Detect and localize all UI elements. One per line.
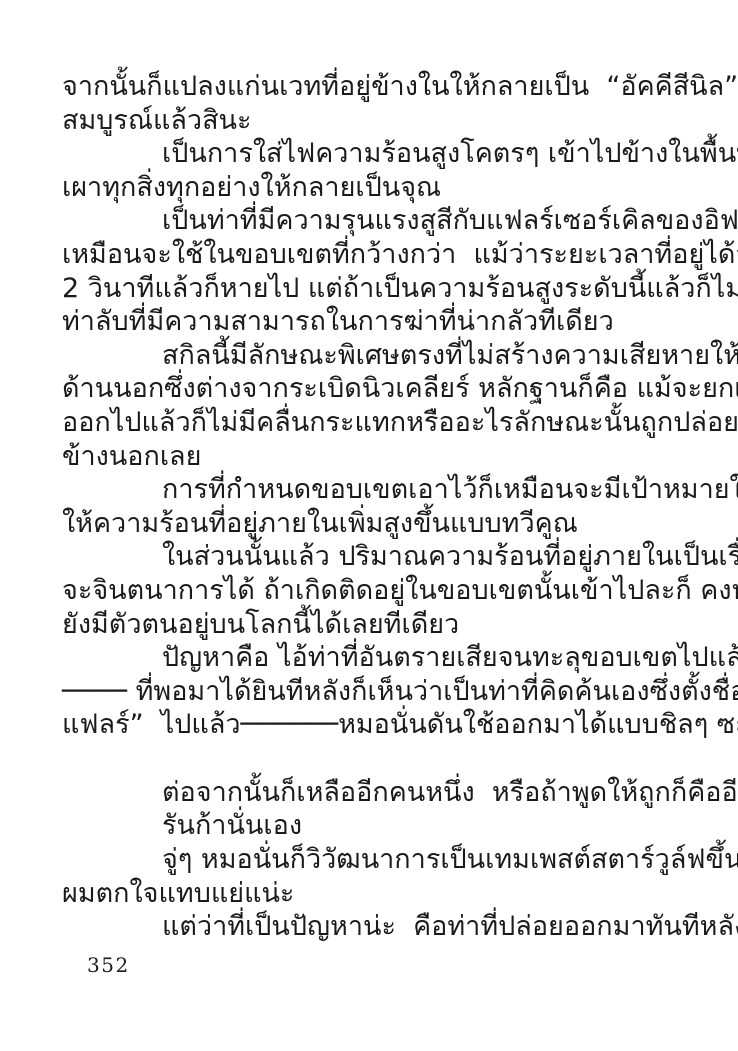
- text-line: จู่ๆ หมอนั่นก็วิวัฒนาการเป็นเทมเพสต์สตาร…: [62, 843, 680, 877]
- text-line: การที่กำหนดขอบเขตเอาไว้ก็เหมือนจะมีเป้าห…: [62, 473, 680, 507]
- text-line: เป็นท่าที่มีความรุนแรงสูสีกับแฟลร์เซอร์เ…: [62, 204, 680, 238]
- text-line: สมบูรณ์แล้วสินะ: [62, 104, 680, 138]
- text-line: 2 วินาทีแล้วก็หายไป แต่ถ้าเป็นความร้อนสู…: [62, 272, 680, 306]
- text-line: ต่อจากนั้นก็เหลืออีกคนหนึ่ง หรือถ้าพูดให…: [62, 776, 680, 810]
- text-line: ยังมีตัวตนอยู่บนโลกนี้ได้เลยทีเดียว: [62, 608, 680, 642]
- text-line: เป็นการใส่ไฟความร้อนสูงโคตรๆ เข้าไปข้างใ…: [62, 137, 680, 171]
- book-page: จากนั้นก็แปลงแก่นเวทที่อยู่ข้างในให้กลาย…: [0, 0, 738, 1051]
- text-line: จากนั้นก็แปลงแก่นเวทที่อยู่ข้างในให้กลาย…: [62, 70, 680, 104]
- text-line: ข้างนอกเลย: [62, 440, 680, 474]
- text-line: ──── ที่พอมาได้ยินทีหลังก็เห็นว่าเป็นท่า…: [62, 675, 680, 709]
- text-line: ด้านนอกซึ่งต่างจากระเบิดนิวเคลียร์ หลักฐ…: [62, 372, 680, 406]
- text-line: สกิลนี้มีลักษณะพิเศษตรงที่ไม่สร้างความเส…: [62, 339, 680, 373]
- text-line: ออกไปแล้วก็ไม่มีคลื่นกระแทกหรืออะไรลักษณ…: [62, 406, 680, 440]
- text-line: ให้ความร้อนที่อยู่ภายในเพิ่มสูงขึ้นแบบทว…: [62, 507, 680, 541]
- text-line: ในส่วนนั้นแล้ว ปริมาณความร้อนที่อยู่ภายใ…: [62, 540, 680, 574]
- text-line: เหมือนจะใช้ในขอบเขตที่กว้างกว่า แม้ว่าระ…: [62, 238, 680, 272]
- body-text: จากนั้นก็แปลงแก่นเวทที่อยู่ข้างในให้กลาย…: [62, 70, 680, 944]
- text-line: แฟลร์” ไปแล้ว──────หมอนั่นดันใช้ออกมาได้…: [62, 708, 680, 742]
- text-line: แต่ว่าที่เป็นปัญหาน่ะ คือท่าที่ปล่อยออกม…: [62, 910, 680, 944]
- text-line: จะจินตนาการได้ ถ้าเกิดติดอยู่ในขอบเขตนั้…: [62, 574, 680, 608]
- text-line: รันก้านั่นเอง: [62, 809, 680, 843]
- text-line: ปัญหาคือ ไอ้ท่าที่อันตรายเสียจนทะลุขอบเข…: [62, 641, 680, 675]
- text-line: เผาทุกสิ่งทุกอย่างให้กลายเป็นจุณ: [62, 171, 680, 205]
- text-line: ท่าลับที่มีความสามารถในการฆ่าที่น่ากลัวท…: [62, 305, 680, 339]
- page-number: 352: [87, 953, 130, 977]
- text-line: ผมตกใจแทบแย่แน่ะ: [62, 877, 680, 911]
